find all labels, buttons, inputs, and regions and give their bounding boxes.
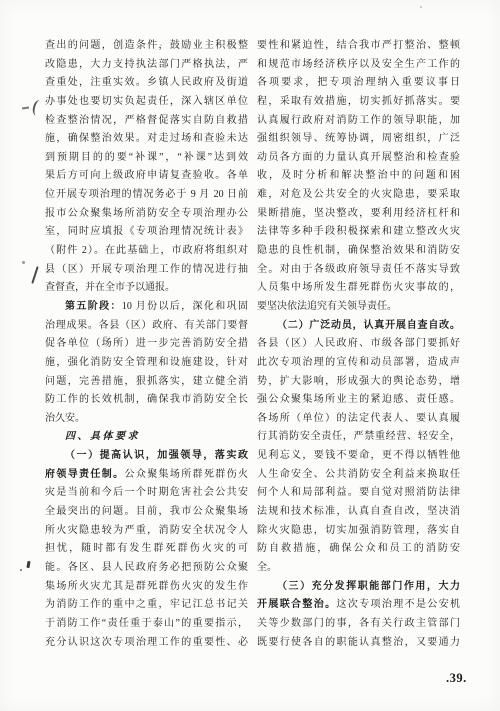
scan-artifact <box>20 569 22 571</box>
text-line: 充分认识这次专项治理工作的重要性、必 <box>45 634 248 653</box>
body-text: 到预期目的的要“补课”，“补课”达到效 <box>45 152 248 163</box>
text-line: 于消防工作“责任重于泰山”的重要指示， <box>45 615 248 634</box>
body-text: 改隐患，大力支持执法部门严格执法，严 <box>45 59 248 70</box>
scan-artifact <box>22 107 29 110</box>
body-text: 见利忘义，要钱不要命，更不得以牺牲他 <box>257 450 460 461</box>
text-line: 施，确保整治效果。对走过场和查验未达 <box>45 130 248 149</box>
body-text: 县（区）开展专项治理工作的情况进行抽 <box>45 264 248 275</box>
text-line: 防工作的长效机制，确保我市消防安全长 <box>45 391 248 410</box>
body-text: 所火灾隐患较为严重，消防安全状况令人 <box>45 525 248 536</box>
body-text: 势，扩大影响，形成强大的舆论态势，增 <box>257 376 460 387</box>
text-line: 报市公众聚集场所消防安全专项治理办公 <box>45 205 248 224</box>
text-line: 人员集中场所发生群死群伤火灾事故的， <box>257 279 460 298</box>
body-text: 法规和技术标准，认真自查自改，坚决消 <box>257 506 460 517</box>
text-line: 行其消防安全责任，严禁重经营、轻安全， <box>257 428 460 447</box>
text-line: 见利忘义，要钱不要命，更不得以牺牲他 <box>257 447 460 466</box>
text-line: 动员各方面的力量认真开展整治和检查验 <box>257 149 460 168</box>
body-text: 查督查，并在全市予以通报。 <box>45 282 175 293</box>
text-line: 要坚决依法追究有关领导责任。 <box>257 298 460 317</box>
text-line: 全。 <box>257 559 460 578</box>
text-line: 关等少数部门的事，各有关行政主管部门 <box>257 615 460 634</box>
text-line: 促各单位（场所）进一步完善消防安全措 <box>45 335 248 354</box>
text-line: 认真履行政府对消防工作的领导职能，加 <box>257 112 460 131</box>
body-text: 认真履行政府对消防工作的领导职能，加 <box>257 115 460 126</box>
text-line: 全最突出的问题。目前，我市公众聚集场 <box>45 503 248 522</box>
text-line: 查出的问题，创造条件，鼓励业主积极整 <box>45 37 248 56</box>
body-text: 关等少数部门的事，各有关行政主管部门 <box>257 618 460 629</box>
text-line: 隐患的良性机制，确保整治效果和消防安 <box>257 242 460 261</box>
text-line: 各场所（单位）的法定代表人、要认真履 <box>257 410 460 429</box>
text-line: 所火灾隐患较为严重，消防安全状况令人 <box>45 522 248 541</box>
body-text: 难，对危及公共安全的火灾隐患，要采取 <box>257 189 460 200</box>
bold-text: 府领导责任制。 <box>45 469 124 480</box>
body-text: 报市公众聚集场所消防安全专项治理办公 <box>45 208 248 219</box>
body-text: 室，同时应填报《专项治理情况统计表》 <box>45 226 248 237</box>
scan-artifact <box>31 266 38 284</box>
body-text: 此次专项治理的宣传和动员部署，造成声 <box>257 357 460 368</box>
body-text: 查重处，注重实效。乡镇人民政府及街道 <box>45 77 248 88</box>
text-line: 府领导责任制。公众聚集场所群死群伤火 <box>45 466 248 485</box>
body-text: 全。 <box>257 562 277 573</box>
body-text: 全。对由于各级政府领导责任不落实导致 <box>257 264 460 275</box>
body-text: 各项要求，把专项治理纳入重要议事日 <box>257 77 460 88</box>
scan-artifact <box>104 336 107 338</box>
text-line: 办事处也要切实负起责任，深入辖区单位 <box>45 93 248 112</box>
body-text: 防工作的长效机制，确保我市消防安全长 <box>45 394 248 405</box>
text-line: 灾是当前和今后一个时期危害社会公共安 <box>45 484 248 503</box>
text-line: 能。各区、县人民政府务必把预防公众聚 <box>45 559 248 578</box>
scan-artifact <box>160 44 162 46</box>
text-line: （二）广泛动员，认真开展自查自改。 <box>257 317 460 336</box>
text-line: 果断措施，坚决整改，要利用经济杠杆和 <box>257 205 460 224</box>
text-line: 治理成果。各县（区）政府、有关部门要督 <box>45 317 248 336</box>
text-line: 和规范市场经济秩序以及安全生产工作的 <box>257 56 460 75</box>
text-line: 第五阶段：10 月份以后，深化和巩固 <box>45 298 248 317</box>
text-line: 法规和技术标准，认真自查自改，坚决消 <box>257 503 460 522</box>
text-line: 强组织领导、统筹协调，周密组织，广泛 <box>257 130 460 149</box>
text-column-right: 要性和紧迫性，结合我市严打整治、整顿和规范市场经济秩序以及安全生产工作的各项要求… <box>257 37 460 652</box>
body-text: 收，及时分析和解决整治中的问题和困 <box>257 170 460 181</box>
body-text: 查出的问题，创造条件，鼓励业主积极整 <box>45 40 248 51</box>
text-line: 全。对由于各级政府领导责任不落实导致 <box>257 261 460 280</box>
body-text: 果断措施，坚决整改，要利用经济杠杆和 <box>257 208 460 219</box>
text-line: （三）充分发挥职能部门作用，大力 <box>257 578 460 597</box>
text-line: 防自救措施，确保公众和员工的消防安 <box>257 540 460 559</box>
scan-artifact <box>340 93 342 95</box>
text-line: 强公众聚集场所业主的紧迫感、责任感。 <box>257 391 460 410</box>
body-text: 各场所（单位）的法定代表人、要认真履 <box>257 413 460 424</box>
body-text: 于消防工作“责任重于泰山”的重要指示， <box>45 618 248 629</box>
text-line: 果后方可向上级政府申请复查验收。各单 <box>45 167 248 186</box>
page-number: .39. <box>446 671 467 686</box>
body-text: 隐患的良性机制，确保整治效果和消防安 <box>257 245 460 256</box>
body-text: 动员各方面的力量认真开展整治和检查验 <box>257 152 460 163</box>
text-line: 既要行使各自的职能认真整治，又要通力 <box>257 634 460 653</box>
text-line: 查重处，注重实效。乡镇人民政府及街道 <box>45 74 248 93</box>
body-text: 10 月份以后，深化和巩固 <box>122 301 248 312</box>
body-text: 治久安。 <box>45 413 85 424</box>
body-text: 法律等多种手段积极探索和建立整改火灾 <box>257 226 460 237</box>
text-line: 各县（区）人民政府、市级各部门要抓好 <box>257 335 460 354</box>
body-text: 各县（区）人民政府、市级各部门要抓好 <box>257 338 460 349</box>
text-line: 查督查，并在全市予以通报。 <box>45 279 248 298</box>
body-text: 行其消防安全责任，严禁重经营、轻安全， <box>257 431 460 442</box>
body-text: 促各单位（场所）进一步完善消防安全措 <box>45 338 248 349</box>
body-text: 人员集中场所发生群死群伤火灾事故的， <box>257 282 460 293</box>
bold-text: 开展联合整治。 <box>257 599 336 610</box>
text-line: 室，同时应填报《专项治理情况统计表》 <box>45 223 248 242</box>
scan-artifact <box>420 6 422 8</box>
text-line: 法律等多种手段积极探索和建立整改火灾 <box>257 223 460 242</box>
body-text: 施，强化消防安全管理和设施建设，针对 <box>45 357 248 368</box>
body-text: 充分认识这次专项治理工作的重要性、必 <box>45 637 248 648</box>
bold-text: （二）广泛动员，认真开展自查自改。 <box>277 320 460 331</box>
text-line: 要性和紧迫性，结合我市严打整治、整顿 <box>257 37 460 56</box>
body-text: 能。各区、县人民政府务必把预防公众聚 <box>45 562 248 573</box>
text-line: 治久安。 <box>45 410 248 429</box>
body-text: 公众聚集场所群死群伤火 <box>124 469 248 480</box>
body-text: 办事处也要切实负起责任，深入辖区单位 <box>45 96 248 107</box>
bold-text: （三）充分发挥职能部门作用，大力 <box>277 581 460 592</box>
bold-text: 第五阶段： <box>65 301 122 312</box>
body-text: 集场所火灾尤其是群死群伤火灾的发生作 <box>45 581 248 592</box>
text-line: 程，采取有效措施，切实抓好抓落实。要 <box>257 93 460 112</box>
bold-text: （一）提高认识，加强领导，落实政 <box>65 450 248 461</box>
text-line: 各项要求，把专项治理纳入重要议事日 <box>257 74 460 93</box>
body-text: 强组织领导、统筹协调，周密组织，广泛 <box>257 133 460 144</box>
body-text: 要性和紧迫性，结合我市严打整治、整顿 <box>257 40 460 51</box>
document-page: 查出的问题，创造条件，鼓励业主积极整改隐患，大力支持执法部门严格执法，严查重处，… <box>0 0 500 711</box>
body-text: 位开展专项治理的情况务必于 9 月 20 日前 <box>45 189 248 200</box>
text-line: 难，对危及公共安全的火灾隐患，要采取 <box>257 186 460 205</box>
body-text: 要坚决依法追究有关领导责任。 <box>257 301 397 312</box>
text-column-left: 查出的问题，创造条件，鼓励业主积极整改隐患，大力支持执法部门严格执法，严查重处，… <box>45 37 248 652</box>
body-text: 治理成果。各县（区）政府、有关部门要督 <box>45 320 248 331</box>
text-line: 集场所火灾尤其是群死群伤火灾的发生作 <box>45 578 248 597</box>
scan-artifact <box>26 561 30 568</box>
body-text: 人生命安全、公共消防安全利益来换取任 <box>257 469 460 480</box>
text-line: 收，及时分析和解决整治中的问题和困 <box>257 167 460 186</box>
body-text: 担忧，随时都有发生群死群伤火灾的可 <box>45 543 248 554</box>
body-text: 检查整治情况，严格督促落实自防自救措 <box>45 115 248 126</box>
body-text: 这次专项治理不是公安机 <box>336 599 460 610</box>
text-line: 问题，完善措施，狠抓落实，建立健全消 <box>45 373 248 392</box>
text-line: 势，扩大影响，形成强大的舆论态势，增 <box>257 373 460 392</box>
body-text: 和规范市场经济秩序以及安全生产工作的 <box>257 59 460 70</box>
scan-artifact <box>22 261 25 264</box>
text-line: 四、具体要求 <box>45 428 248 447</box>
body-text: 全最突出的问题。目前，我市公众聚集场 <box>45 506 248 517</box>
text-line: （一）提高认识，加强领导，落实政 <box>45 447 248 466</box>
text-line: 改隐患，大力支持执法部门严格执法，严 <box>45 56 248 75</box>
section-heading: 四、具体要求 <box>65 431 140 442</box>
scan-artifact <box>130 582 132 584</box>
text-line: 除火灾隐患，切实加强消防管理，落实自 <box>257 522 460 541</box>
body-text: 既要行使各自的职能认真整治，又要通力 <box>257 637 460 648</box>
text-line: 到预期目的的要“补课”，“补课”达到效 <box>45 149 248 168</box>
scan-artifact <box>31 99 45 117</box>
body-text: 灾是当前和今后一个时期危害社会公共安 <box>45 487 248 498</box>
text-line: （附件 2）。在此基础上，市政府将组织对 <box>45 242 248 261</box>
text-line: 担忧，随时都有发生群死群伤火灾的可 <box>45 540 248 559</box>
text-line: 为消防工作的重中之重，牢记江总书记关 <box>45 596 248 615</box>
body-text: 除火灾隐患，切实加强消防管理，落实自 <box>257 525 460 536</box>
body-text: 何个人和局部利益。要自觉对照消防法律 <box>257 487 460 498</box>
body-text: 强公众聚集场所业主的紧迫感、责任感。 <box>257 394 460 405</box>
text-line: 施，强化消防安全管理和设施建设，针对 <box>45 354 248 373</box>
text-line: 检查整治情况，严格督促落实自防自救措 <box>45 112 248 131</box>
body-text: （附件 2）。在此基础上，市政府将组织对 <box>45 245 248 256</box>
body-text: 施，确保整治效果。对走过场和查验未达 <box>45 133 248 144</box>
body-text: 问题，完善措施，狠抓落实，建立健全消 <box>45 376 248 387</box>
text-line: 何个人和局部利益。要自觉对照消防法律 <box>257 484 460 503</box>
body-text: 果后方可向上级政府申请复查验收。各单 <box>45 170 248 181</box>
text-line: 县（区）开展专项治理工作的情况进行抽 <box>45 261 248 280</box>
text-line: 人生命安全、公共消防安全利益来换取任 <box>257 466 460 485</box>
body-text: 为消防工作的重中之重，牢记江总书记关 <box>45 599 248 610</box>
text-line: 位开展专项治理的情况务必于 9 月 20 日前 <box>45 186 248 205</box>
text-line: 此次专项治理的宣传和动员部署，造成声 <box>257 354 460 373</box>
body-text: 防自救措施，确保公众和员工的消防安 <box>257 543 460 554</box>
text-line: 开展联合整治。这次专项治理不是公安机 <box>257 596 460 615</box>
body-text: 程，采取有效措施，切实抓好抓落实。要 <box>257 96 460 107</box>
